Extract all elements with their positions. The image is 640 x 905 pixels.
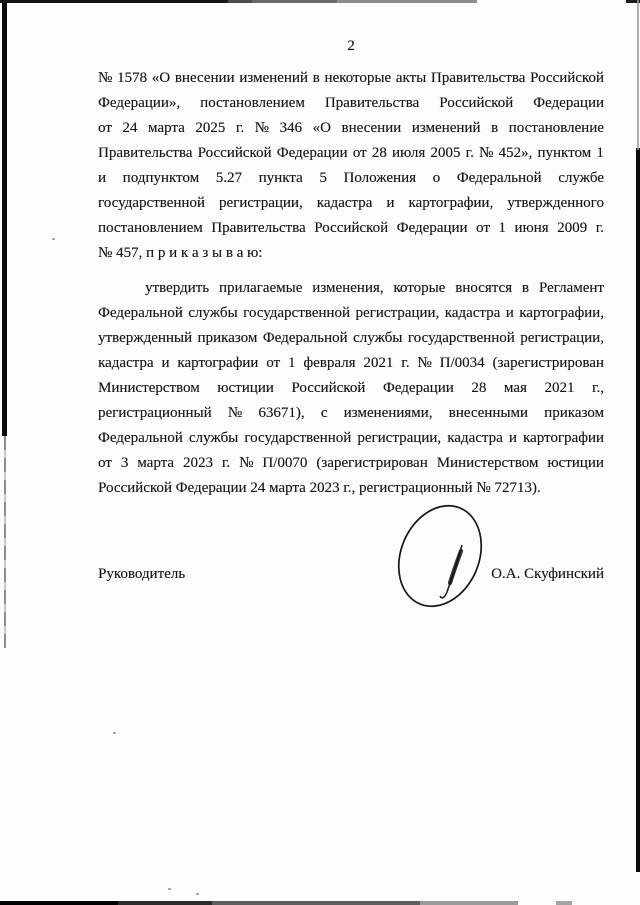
signature-row: Руководитель О.А. Скуфинский bbox=[98, 563, 604, 585]
text-line: Федеральнойслужбыгосударственнойрегистра… bbox=[98, 426, 604, 451]
signature-name: О.А. Скуфинский bbox=[491, 563, 604, 585]
scan-speck bbox=[113, 732, 116, 734]
text-line: № 457, п р и к а з ы в а ю: bbox=[98, 241, 604, 266]
scan-edge-right-faded bbox=[637, 0, 639, 150]
text-line: Федерации»,постановлениемПравительстваРо… bbox=[98, 91, 604, 116]
page-number: 2 bbox=[98, 36, 604, 56]
scan-edge-right bbox=[636, 148, 640, 872]
text-line: иподпунктом5.27пункта5ПоложенияоФедераль… bbox=[98, 166, 604, 191]
scanned-document-page: 2 №1578«Овнесенииизмененийвнекоторыеакты… bbox=[0, 0, 640, 905]
text-line: регистрационный№63671),сизменениями,внес… bbox=[98, 401, 604, 426]
text-line: №1578«ОвнесенииизмененийвнекоторыеактыПр… bbox=[98, 66, 604, 91]
scan-edge-left bbox=[2, 0, 7, 436]
signature-scribble bbox=[390, 496, 505, 616]
text-line: постановлениемПравительстваРоссийскойФед… bbox=[98, 216, 604, 241]
text-line: утвержденныйприказомФедеральнойслужбыгос… bbox=[98, 326, 604, 351]
text-line: Федеральнойслужбыгосударственнойрегистра… bbox=[98, 301, 604, 326]
scan-speck bbox=[52, 238, 55, 240]
text-line: ПравительстваРоссийскойФедерацииот28июля… bbox=[98, 141, 604, 166]
text-line: государственнойрегистрации,кадастраикарт… bbox=[98, 191, 604, 216]
text-line: от24марта2025г.№346«Овнесенииизмененийвп… bbox=[98, 116, 604, 141]
text-line: кадастраикартографииот1февраля2021г.№П/0… bbox=[98, 351, 604, 376]
scan-speck bbox=[196, 893, 199, 895]
document-body: №1578«ОвнесенииизмененийвнекоторыеактыПр… bbox=[98, 66, 604, 501]
scan-edge-left-faded bbox=[4, 436, 6, 648]
text-line: утвердитьприлагаемыеизменения,которыевно… bbox=[98, 276, 604, 301]
scan-edge-bottom bbox=[0, 901, 640, 905]
text-line: от3марта2023г.№П/0070(зарегистрированМин… bbox=[98, 451, 604, 476]
signature-role: Руководитель bbox=[98, 563, 185, 585]
text-line: МинистерствомюстицииРоссийскойФедерации2… bbox=[98, 376, 604, 401]
scan-speck bbox=[168, 888, 171, 890]
scan-edge-top bbox=[0, 0, 640, 3]
text-line: Российской Федерации 24 марта 2023 г., р… bbox=[98, 476, 604, 501]
